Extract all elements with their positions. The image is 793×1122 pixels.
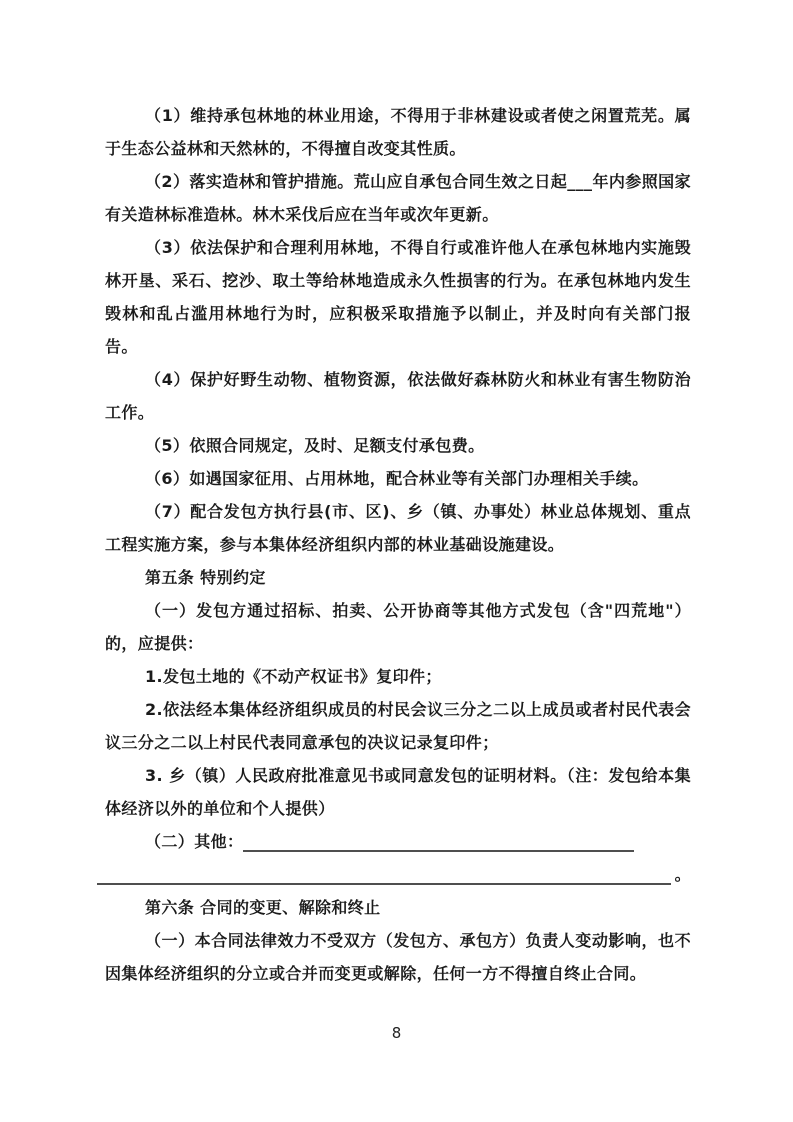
sentence-period: 。 [675, 858, 691, 891]
article-5-item-1: （一）发包方通过招标、拍卖、公开协商等其他方式发包（含"四荒地"）的，应提供： [105, 594, 691, 660]
article-5-sub-item-1: 1.发包土地的《不动产权证书》复印件； [105, 660, 691, 693]
page-number: 8 [0, 1024, 793, 1042]
clause-1: （1）维持承包林地的林业用途，不得用于非林建设或者使之闲置荒芜。属于生态公益林和… [105, 99, 691, 165]
article-6-item-1: （一）本合同法律效力不受双方（发包方、承包方）负责人变动影响，也不因集体经济组织… [105, 924, 691, 990]
fill-in-blank-row: 。 [97, 858, 691, 891]
clause-5: （5）依照合同规定，及时、足额支付承包费。 [105, 429, 691, 462]
article-5-item-2: （二）其他： [105, 825, 691, 858]
clause-6: （6）如遇国家征用、占用林地，配合林业等有关部门办理相关手续。 [105, 462, 691, 495]
document-page: （1）维持承包林地的林业用途，不得用于非林建设或者使之闲置荒芜。属于生态公益林和… [0, 0, 793, 1122]
contract-body: （1）维持承包林地的林业用途，不得用于非林建设或者使之闲置荒芜。属于生态公益林和… [105, 99, 691, 990]
clause-3: （3）依法保护和合理利用林地，不得自行或准许他人在承包林地内实施毁林开垦、采石、… [105, 231, 691, 363]
article-5-sub-item-2: 2.依法经本集体经济组织成员的村民会议三分之二以上成员或者村民代表会议三分之二以… [105, 693, 691, 759]
other-label: （二）其他： [145, 825, 243, 858]
article-5-sub-item-3: 3. 乡（镇）人民政府批准意见书或同意发包的证明材料。（注：发包给本集体经济以外… [105, 759, 691, 825]
clause-2: （2）落实造林和管护措施。荒山应自承包合同生效之日起___年内参照国家有关造林标… [105, 165, 691, 231]
article-5-heading: 第五条 特别约定 [105, 561, 691, 594]
fill-in-blank-line-full [97, 883, 671, 885]
clause-4: （4）保护好野生动物、植物资源，依法做好森林防火和林业有害生物防治工作。 [105, 363, 691, 429]
clause-7: （7）配合发包方执行县(市、区)、乡（镇、办事处）林业总体规划、重点工程实施方案… [105, 495, 691, 561]
fill-in-blank-line-short [243, 850, 634, 852]
article-6-heading: 第六条 合同的变更、解除和终止 [105, 891, 691, 924]
